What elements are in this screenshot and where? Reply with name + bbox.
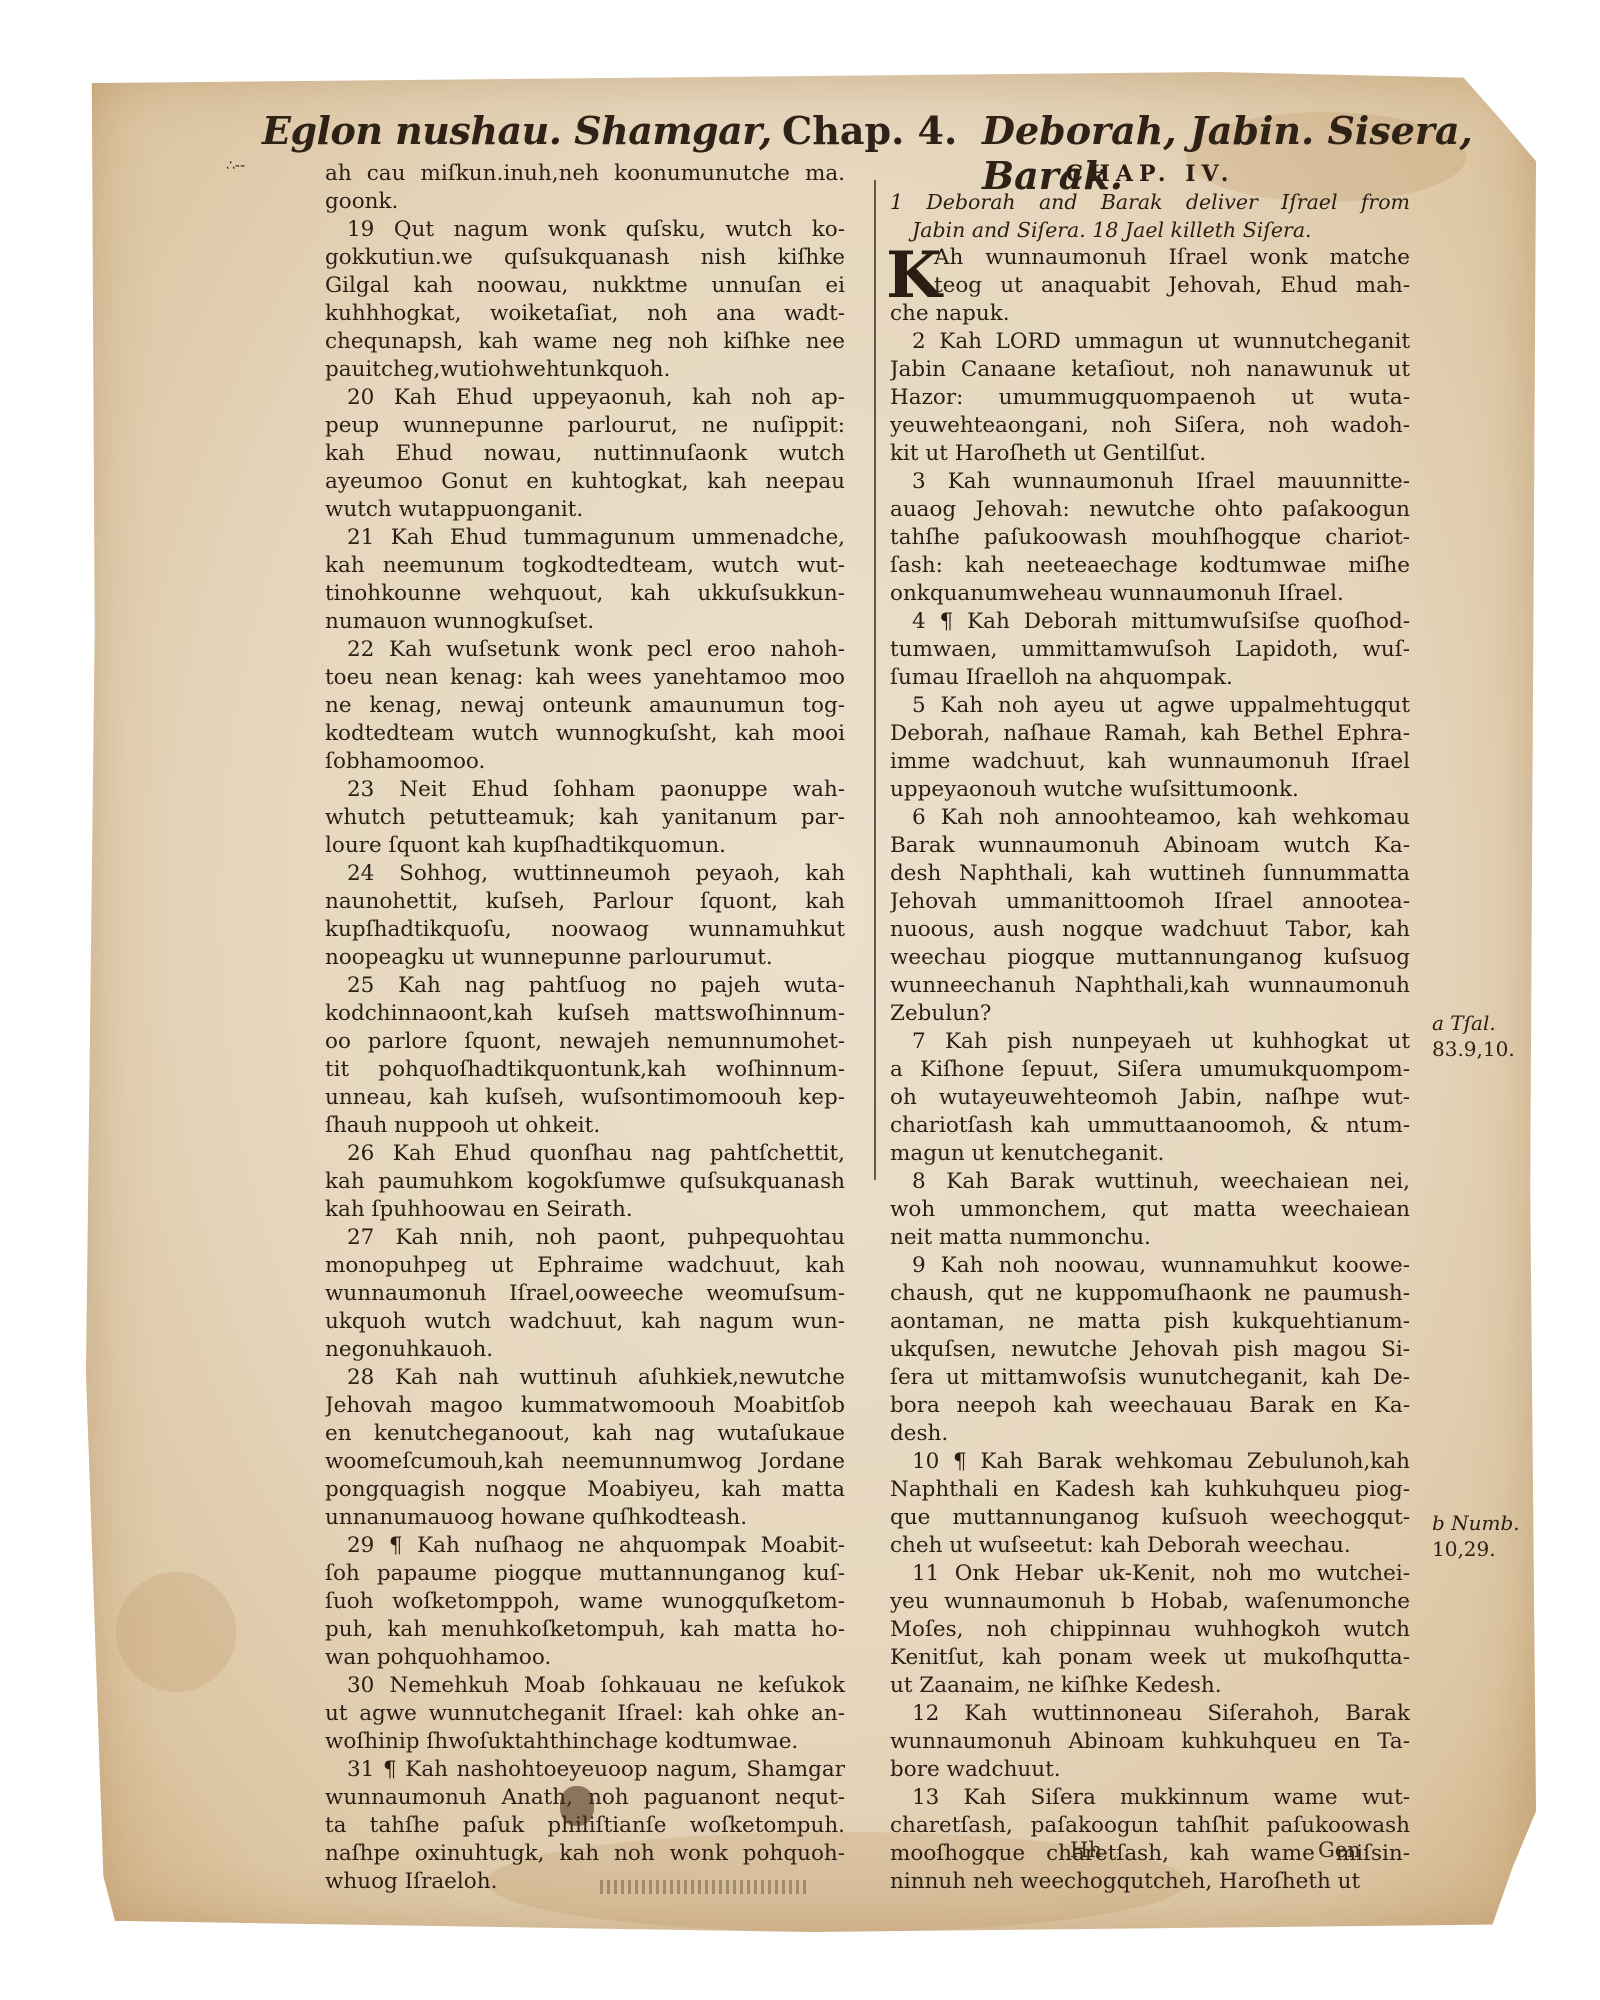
text-line: wunnaumonuh Abinoam kuhkuhqueu en Ta- xyxy=(890,1728,1410,1756)
right-column: CHAP. IV. 1 Deborah and Barak deliver Iſ… xyxy=(890,160,1410,1896)
text-line: desh. xyxy=(890,1420,1410,1448)
text-line: 10 ¶ Kah Barak wehkomau Zebulunoh,kah xyxy=(890,1448,1410,1476)
text-line: Kenitſut, kah ponam week ut mukoſhqutta- xyxy=(890,1644,1410,1672)
text-line: 2 Kah LORD ummagun ut wunnutcheganit xyxy=(890,328,1410,356)
text-line: tit pohquoſhadtikquontunk,kah woſhinnum- xyxy=(325,1056,845,1084)
verse-body: K Ah wunnaumonuh Iſrael wonk matcheteog … xyxy=(890,244,1410,1896)
text-line: naſhpe oxinuhtugk, kah noh wonk pohquoh- xyxy=(325,1840,845,1868)
text-line: 22 Kah wuſsetunk wonk pecl eroo nahoh- xyxy=(325,636,845,664)
text-line: weechau piogque muttannunganog kuſsuog xyxy=(890,944,1410,972)
summary-line: 1 Deborah and Barak deliver Iſrael from xyxy=(890,188,1410,216)
text-line: onkquanumweheau wunnaumonuh Iſrael. xyxy=(890,580,1410,608)
margin-note-ref: a Tſal. xyxy=(1432,1010,1515,1036)
text-line: Deborah, naſhaue Ramah, kah Bethel Ephra… xyxy=(890,720,1410,748)
text-line: nuoous, aush nogque wadchuut Tabor, kah xyxy=(890,916,1410,944)
margin-note-a: a Tſal. 83.9,10. xyxy=(1432,1010,1515,1062)
text-line: pongquagish nogque Moabiyeu, kah matta xyxy=(325,1476,845,1504)
text-line: ſuoh woſketomppoh, wame wunogquſketom- xyxy=(325,1588,845,1616)
chapter-title: CHAP. IV. xyxy=(890,160,1410,188)
text-line: ſash: kah neeteaechage kodtumwae miſhe xyxy=(890,552,1410,580)
text-line: oh wutayeuwehteomoh Jabin, naſhpe wut- xyxy=(890,1084,1410,1112)
text-line: 26 Kah Ehud quonſhau nag pahtſchettit, xyxy=(325,1140,845,1168)
text-line: aontaman, ne matta pish kukquehtianum- xyxy=(890,1308,1410,1336)
text-line: Jehovah ummanittoomoh Iſrael annootea- xyxy=(890,888,1410,916)
text-line: tinohkounne wehquout, kah ukkuſsukkun- xyxy=(325,580,845,608)
text-line: ut agwe wunnutcheganit Iſrael: kah ohke … xyxy=(325,1700,845,1728)
text-line: ſobhamoomoo. xyxy=(325,748,845,776)
text-line: wunnaumonuh Iſrael,ooweeche weomuſsum- xyxy=(325,1280,845,1308)
text-line: goonk. xyxy=(325,188,845,216)
text-line: 31 ¶ Kah nashohtoeyeuoop nagum, Shamgar xyxy=(325,1756,845,1784)
running-head-left: Eglon nushau. Shamgar, xyxy=(262,108,772,153)
summary-line: Jabin and Siſera. 18 Jael killeth Siſera… xyxy=(890,216,1410,244)
text-line: Naphthali en Kadesh kah kuhkuhqueu piog- xyxy=(890,1476,1410,1504)
text-line: pauitcheg,wutiohwehtunkquoh. xyxy=(325,356,845,384)
text-line: 28 Kah nah wuttinuh aſuhkiek,newutche xyxy=(325,1364,845,1392)
text-line: 20 Kah Ehud uppeyaonuh, kah noh ap- xyxy=(325,384,845,412)
text-line: loure ſquont kah kupſhadtikquomun. xyxy=(325,832,845,860)
text-line: numauon wunnogkuſset. xyxy=(325,608,845,636)
text-line: woſhinip ſhwoſuktahthinchage kodtumwae. xyxy=(325,1728,845,1756)
text-line: Gilgal kah noowau, nukktme unnuſan ei xyxy=(325,272,845,300)
text-line: 24 Sohhog, wuttinneumoh peyaoh, kah xyxy=(325,860,845,888)
text-line: chequnapsh, kah wame neg noh kiſhke nee xyxy=(325,328,845,356)
text-line: imme wadchuut, kah wunnaumonuh Iſrael xyxy=(890,748,1410,776)
text-line: ukquoh wutch wadchuut, kah nagum wun- xyxy=(325,1308,845,1336)
text-line: ut Zaanaim, ne kiſhke Kedesh. xyxy=(890,1672,1410,1700)
column-divider xyxy=(874,180,876,1180)
margin-note-ref: b Numb. xyxy=(1432,1510,1520,1536)
text-line: charetſash, paſakoogun tahſhit paſukoowa… xyxy=(890,1812,1410,1840)
text-line: ah cau miſkun.inuh,neh koonumunutche ma. xyxy=(325,160,845,188)
running-head: Eglon nushau. Shamgar, Chap. 4. Deborah,… xyxy=(262,108,1512,158)
text-line: 5 Kah noh ayeu ut agwe uppalmehtugqut xyxy=(890,692,1410,720)
catchword: Gen xyxy=(1318,1838,1361,1862)
text-line: ſumau Iſraelloh na ahquompak. xyxy=(890,664,1410,692)
text-line: 25 Kah nag pahtſuog no pajeh wuta- xyxy=(325,972,845,1000)
text-line: ukquſsen, newutche Jehovah pish magou Si… xyxy=(890,1336,1410,1364)
text-line: desh Naphthali, kah wuttineh ſunnummatta xyxy=(890,860,1410,888)
margin-note-b: b Numb. 10,29. xyxy=(1432,1510,1520,1562)
text-line: 11 Onk Hebar uk-Kenit, noh mo wutchei- xyxy=(890,1560,1410,1588)
text-line: woomeſcumouh,kah neemunnumwog Jordane xyxy=(325,1448,845,1476)
text-line: oo parlore ſquont, newajeh nemunnumohet- xyxy=(325,1028,845,1056)
text-line: Barak wunnaumonuh Abinoam wutch Ka- xyxy=(890,832,1410,860)
text-line: 3 Kah wunnaumonuh Iſrael mauunnitte- xyxy=(890,468,1410,496)
text-line: ſoh papaume piogque muttannunganog kuſ- xyxy=(325,1560,845,1588)
margin-note-verse: 10,29. xyxy=(1432,1536,1520,1562)
text-line: puh, kah menuhkoſketompuh, kah matta ho- xyxy=(325,1616,845,1644)
text-line: noopeagku ut wunnepunne parlourumut. xyxy=(325,944,845,972)
text-line: 30 Nemehkuh Moab ſohkauau ne keſukok xyxy=(325,1672,845,1700)
text-line: wunneechanuh Naphthali,kah wunnaumonuh xyxy=(890,972,1410,1000)
text-line: kupſhadtikquoſu, noowaog wunnamuhkut xyxy=(325,916,845,944)
text-line: neit matta nummonchu. xyxy=(890,1224,1410,1252)
text-line: 13 Kah Siſera mukkinnum wame wut- xyxy=(890,1784,1410,1812)
text-line: 8 Kah Barak wuttinuh, weechaiean nei, xyxy=(890,1168,1410,1196)
text-line: que muttannunganog kuſsuoh weechogqut- xyxy=(890,1504,1410,1532)
margin-note-verse: 83.9,10. xyxy=(1432,1036,1515,1062)
text-line: ſera ut mittamwoſsis wunutcheganit, kah … xyxy=(890,1364,1410,1392)
text-line: negonuhkauoh. xyxy=(325,1336,845,1364)
text-line: monopuhpeg ut Ephraime wadchuut, kah xyxy=(325,1252,845,1280)
text-line: Moſes, noh chippinnau wuhhogkoh wutch xyxy=(890,1616,1410,1644)
text-line: bora neepoh kah weechauau Barak en Ka- xyxy=(890,1392,1410,1420)
text-line: 7 Kah pish nunpeyaeh ut kuhhogkat ut xyxy=(890,1028,1410,1056)
text-line: Jehovah magoo kummatwomoouh Moabitſob xyxy=(325,1392,845,1420)
text-line: Hazor: umummugquompaenoh ut wuta- xyxy=(890,384,1410,412)
text-line: en kenutcheganoout, kah nag wutaſukaue xyxy=(325,1420,845,1448)
text-line: yeuwehteaongani, noh Siſera, noh wadoh- xyxy=(890,412,1410,440)
stray-ink-mark: ∴-- xyxy=(226,158,245,174)
text-line: kit ut Haroſheth ut Gentilſut. xyxy=(890,440,1410,468)
ink-offset-smudge xyxy=(600,1880,810,1894)
text-line: 6 Kah noh annoohteamoo, kah wehkomau xyxy=(890,804,1410,832)
text-line: whutch petutteamuk; kah yanitanum par- xyxy=(325,804,845,832)
text-line: Jabin Canaane ketaſiout, noh nanawunuk u… xyxy=(890,356,1410,384)
text-line: tahſhe paſukoowash mouhſhogque chariot- xyxy=(890,524,1410,552)
chapter-summary: 1 Deborah and Barak deliver Iſrael from … xyxy=(890,188,1410,244)
text-line: ne kenag, newaj onteunk amaunumun tog- xyxy=(325,692,845,720)
text-line: kodchinnaoont,kah kuſseh mattswoſhinnum- xyxy=(325,1000,845,1028)
signature-mark: Hh xyxy=(1070,1838,1102,1862)
text-line: teog ut anaquabit Jehovah, Ehud mah- xyxy=(890,272,1410,300)
ink-blot xyxy=(560,1786,594,1826)
text-line: kah Ehud nowau, nuttinnuſaonk wutch xyxy=(325,440,845,468)
text-line: Zebulun? xyxy=(890,1000,1410,1028)
running-head-chapter: Chap. 4. xyxy=(782,108,957,153)
text-line: 9 Kah noh noowau, wunnamuhkut koowe- xyxy=(890,1252,1410,1280)
text-line: toeu nean kenag: kah wees yanehtamoo moo xyxy=(325,664,845,692)
text-line: 23 Neit Ehud ſohham paonuppe wah- xyxy=(325,776,845,804)
text-line: gokkutiun.we quſsukquanash nish kiſhke xyxy=(325,244,845,272)
text-line: chariotſash kah ummuttaanoomoh, & ntum- xyxy=(890,1112,1410,1140)
text-line: wan pohquohhamoo. xyxy=(325,1644,845,1672)
text-line: auaog Jehovah: newutche ohto paſakoogun xyxy=(890,496,1410,524)
text-line: 21 Kah Ehud tummagunum ummenadche, xyxy=(325,524,845,552)
text-line: uppeyaonouh wutche wuſsittumoonk. xyxy=(890,776,1410,804)
text-line: bore wadchuut. xyxy=(890,1756,1410,1784)
text-line: peup wunnepunne parlourut, ne nuſippit: xyxy=(325,412,845,440)
text-line: kah ſpuhhoowau en Seirath. xyxy=(325,1196,845,1224)
left-column: ah cau miſkun.inuh,neh koonumunutche ma.… xyxy=(325,160,845,1896)
text-line: naunohettit, kuſseh, Parlour ſquont, kah xyxy=(325,888,845,916)
text-line: a Kiſhone ſepuut, Siſera umumukquompom- xyxy=(890,1056,1410,1084)
text-line: 19 Qut nagum wonk quſsku, wutch ko- xyxy=(325,216,845,244)
text-line: kuhhhogkat, woiketaſiat, noh ana wadt- xyxy=(325,300,845,328)
text-line: cheh ut wuſseetut: kah Deborah weechau. xyxy=(890,1532,1410,1560)
drop-cap: K xyxy=(886,246,942,306)
text-line: 27 Kah nnih, noh paont, puhpequohtau xyxy=(325,1224,845,1252)
text-line: 12 Kah wuttinnoneau Siſerahoh, Barak xyxy=(890,1700,1410,1728)
text-line: tumwaen, ummittamwuſsoh Lapidoth, wuſ- xyxy=(890,636,1410,664)
text-line: ninnuh neh weechogqutcheh, Haroſheth ut xyxy=(890,1868,1410,1896)
text-line: ſhauh nuppooh ut ohkeit. xyxy=(325,1112,845,1140)
text-line: che napuk. xyxy=(890,300,1410,328)
text-line: 29 ¶ Kah nuſhaog ne ahquompak Moabit- xyxy=(325,1532,845,1560)
text-line: wutch wutappuonganit. xyxy=(325,496,845,524)
text-line: Ah wunnaumonuh Iſrael wonk matche xyxy=(890,244,1410,272)
text-line: kah neemunum togkodtedteam, wutch wut- xyxy=(325,552,845,580)
text-line: kah paumuhkom kogokſumwe quſsukquanash xyxy=(325,1168,845,1196)
text-line: chaush, qut ne kuppomuſhaonk ne paumush- xyxy=(890,1280,1410,1308)
text-line: unneau, kah kuſseh, wuſsontimomoouh kep- xyxy=(325,1084,845,1112)
paper-stain xyxy=(116,1572,236,1692)
text-line: ayeumoo Gonut en kuhtogkat, kah neepau xyxy=(325,468,845,496)
text-line: magun ut kenutcheganit. xyxy=(890,1140,1410,1168)
text-line: woh ummonchem, qut matta weechaiean xyxy=(890,1196,1410,1224)
text-line: unnanumauoog howane quſhkodteash. xyxy=(325,1504,845,1532)
text-line: yeu wunnaumonuh b Hobab, waſenumonche xyxy=(890,1588,1410,1616)
text-line: kodtedteam wutch wunnogkuſsht, kah mooi xyxy=(325,720,845,748)
text-line: 4 ¶ Kah Deborah mittumwuſsiſse quoſhod- xyxy=(890,608,1410,636)
